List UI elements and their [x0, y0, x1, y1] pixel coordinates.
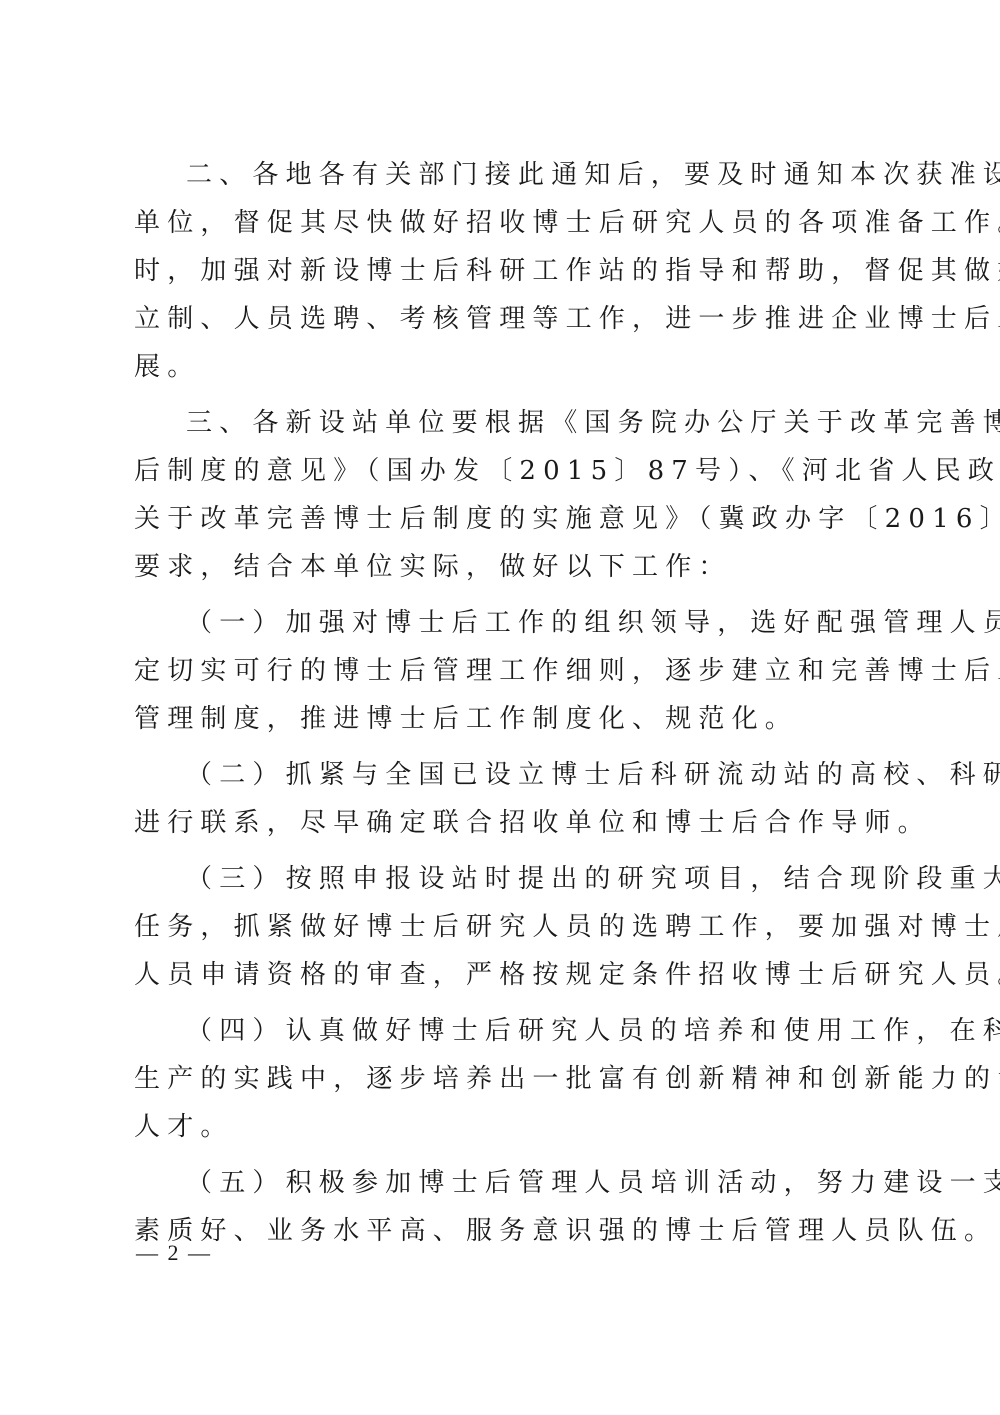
- paragraph-3-line-2: 后制度的意见》（国办发〔2015〕87号）、《河北省人民政府办公厅: [134, 451, 866, 491]
- item-4-line-1: （四）认真做好博士后研究人员的培养和使用工作，在科研和: [186, 1011, 866, 1051]
- page-number: — 2 —: [136, 1238, 212, 1268]
- item-1-line-1: （一）加强对博士后工作的组织领导，选好配强管理人员，制: [186, 603, 866, 643]
- paragraph-2-line-3: 时，加强对新设博士后科研工作站的指导和帮助，督促其做好建章: [134, 251, 866, 291]
- item-5-line-1: （五）积极参加博士后管理人员培训活动，努力建设一支政治: [186, 1163, 866, 1203]
- paragraph-2-line-5: 展。: [134, 347, 866, 387]
- paragraph-2-line-4: 立制、人员选聘、考核管理等工作，进一步推进企业博士后工作发: [134, 299, 866, 339]
- item-1-line-2: 定切实可行的博士后管理工作细则，逐步建立和完善博士后工作: [134, 651, 866, 691]
- item-2-line-2: 进行联系，尽早确定联合招收单位和博士后合作导师。: [134, 803, 866, 843]
- item-5-line-2: 素质好、业务水平高、服务意识强的博士后管理人员队伍。: [134, 1211, 866, 1251]
- item-3-line-1: （三）按照申报设站时提出的研究项目，结合现阶段重大科研: [186, 859, 866, 899]
- paragraph-3-line-1: 三、各新设站单位要根据《国务院办公厅关于改革完善博士: [186, 403, 866, 443]
- item-1-line-3: 管理制度，推进博士后工作制度化、规范化。: [134, 699, 866, 739]
- item-4-line-2: 生产的实践中，逐步培养出一批富有创新精神和创新能力的青年: [134, 1059, 866, 1099]
- paragraph-3-line-3: 关于改革完善博士后制度的实施意见》（冀政办字〔2016〕22号）: [134, 499, 866, 539]
- paragraph-3-line-4: 要求，结合本单位实际，做好以下工作：: [134, 547, 866, 587]
- item-2-line-1: （二）抓紧与全国已设立博士后科研流动站的高校、科研院所: [186, 755, 866, 795]
- paragraph-2-line-1: 二、各地各有关部门接此通知后，要及时通知本次获准设站的: [186, 155, 866, 195]
- paragraph-2-line-2: 单位，督促其尽快做好招收博士后研究人员的各项准备工作。同: [134, 203, 866, 243]
- item-4-line-3: 人才。: [134, 1107, 866, 1147]
- document-page: 二、各地各有关部门接此通知后，要及时通知本次获准设站的 单位，督促其尽快做好招收…: [0, 0, 1000, 1415]
- item-3-line-3: 人员申请资格的审查，严格按规定条件招收博士后研究人员。: [134, 955, 866, 995]
- item-3-line-2: 任务，抓紧做好博士后研究人员的选聘工作，要加强对博士后研究: [134, 907, 866, 947]
